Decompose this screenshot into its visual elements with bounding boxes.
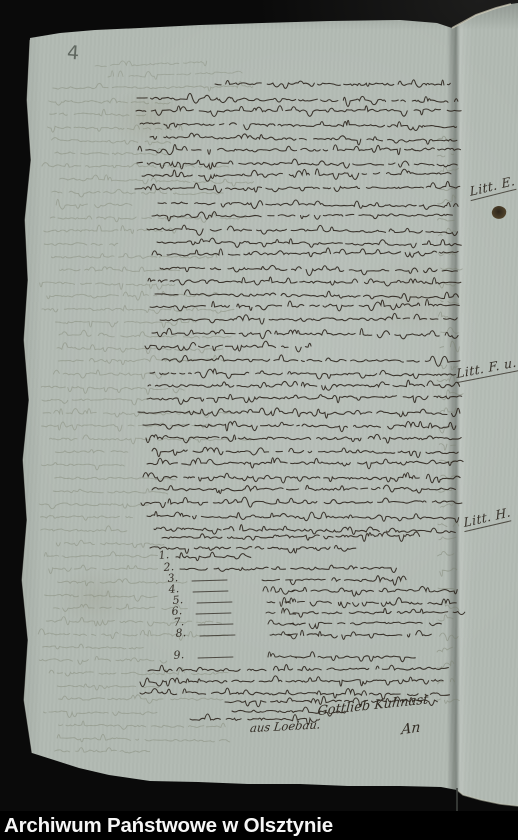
page-edge-highlight-top (452, 4, 511, 28)
list-number: 8. (175, 626, 187, 640)
page-edge-highlight-left (22, 40, 32, 753)
archive-watermark-bar: Archiwum Państwowe w Olsztynie (0, 811, 518, 840)
scan-viewport: 4 Litt. E. Litt. F. u. G. Litt. H. 1. 2.… (0, 0, 518, 840)
list-number: 9. (173, 648, 185, 662)
handwriting-layer (0, 0, 518, 840)
signature-initial: An (401, 719, 421, 738)
page-edge-highlight-bottom (457, 790, 518, 806)
archive-watermark-text: Archiwum Państwowe w Olsztynie (0, 811, 518, 840)
page-number: 4 (66, 42, 80, 65)
